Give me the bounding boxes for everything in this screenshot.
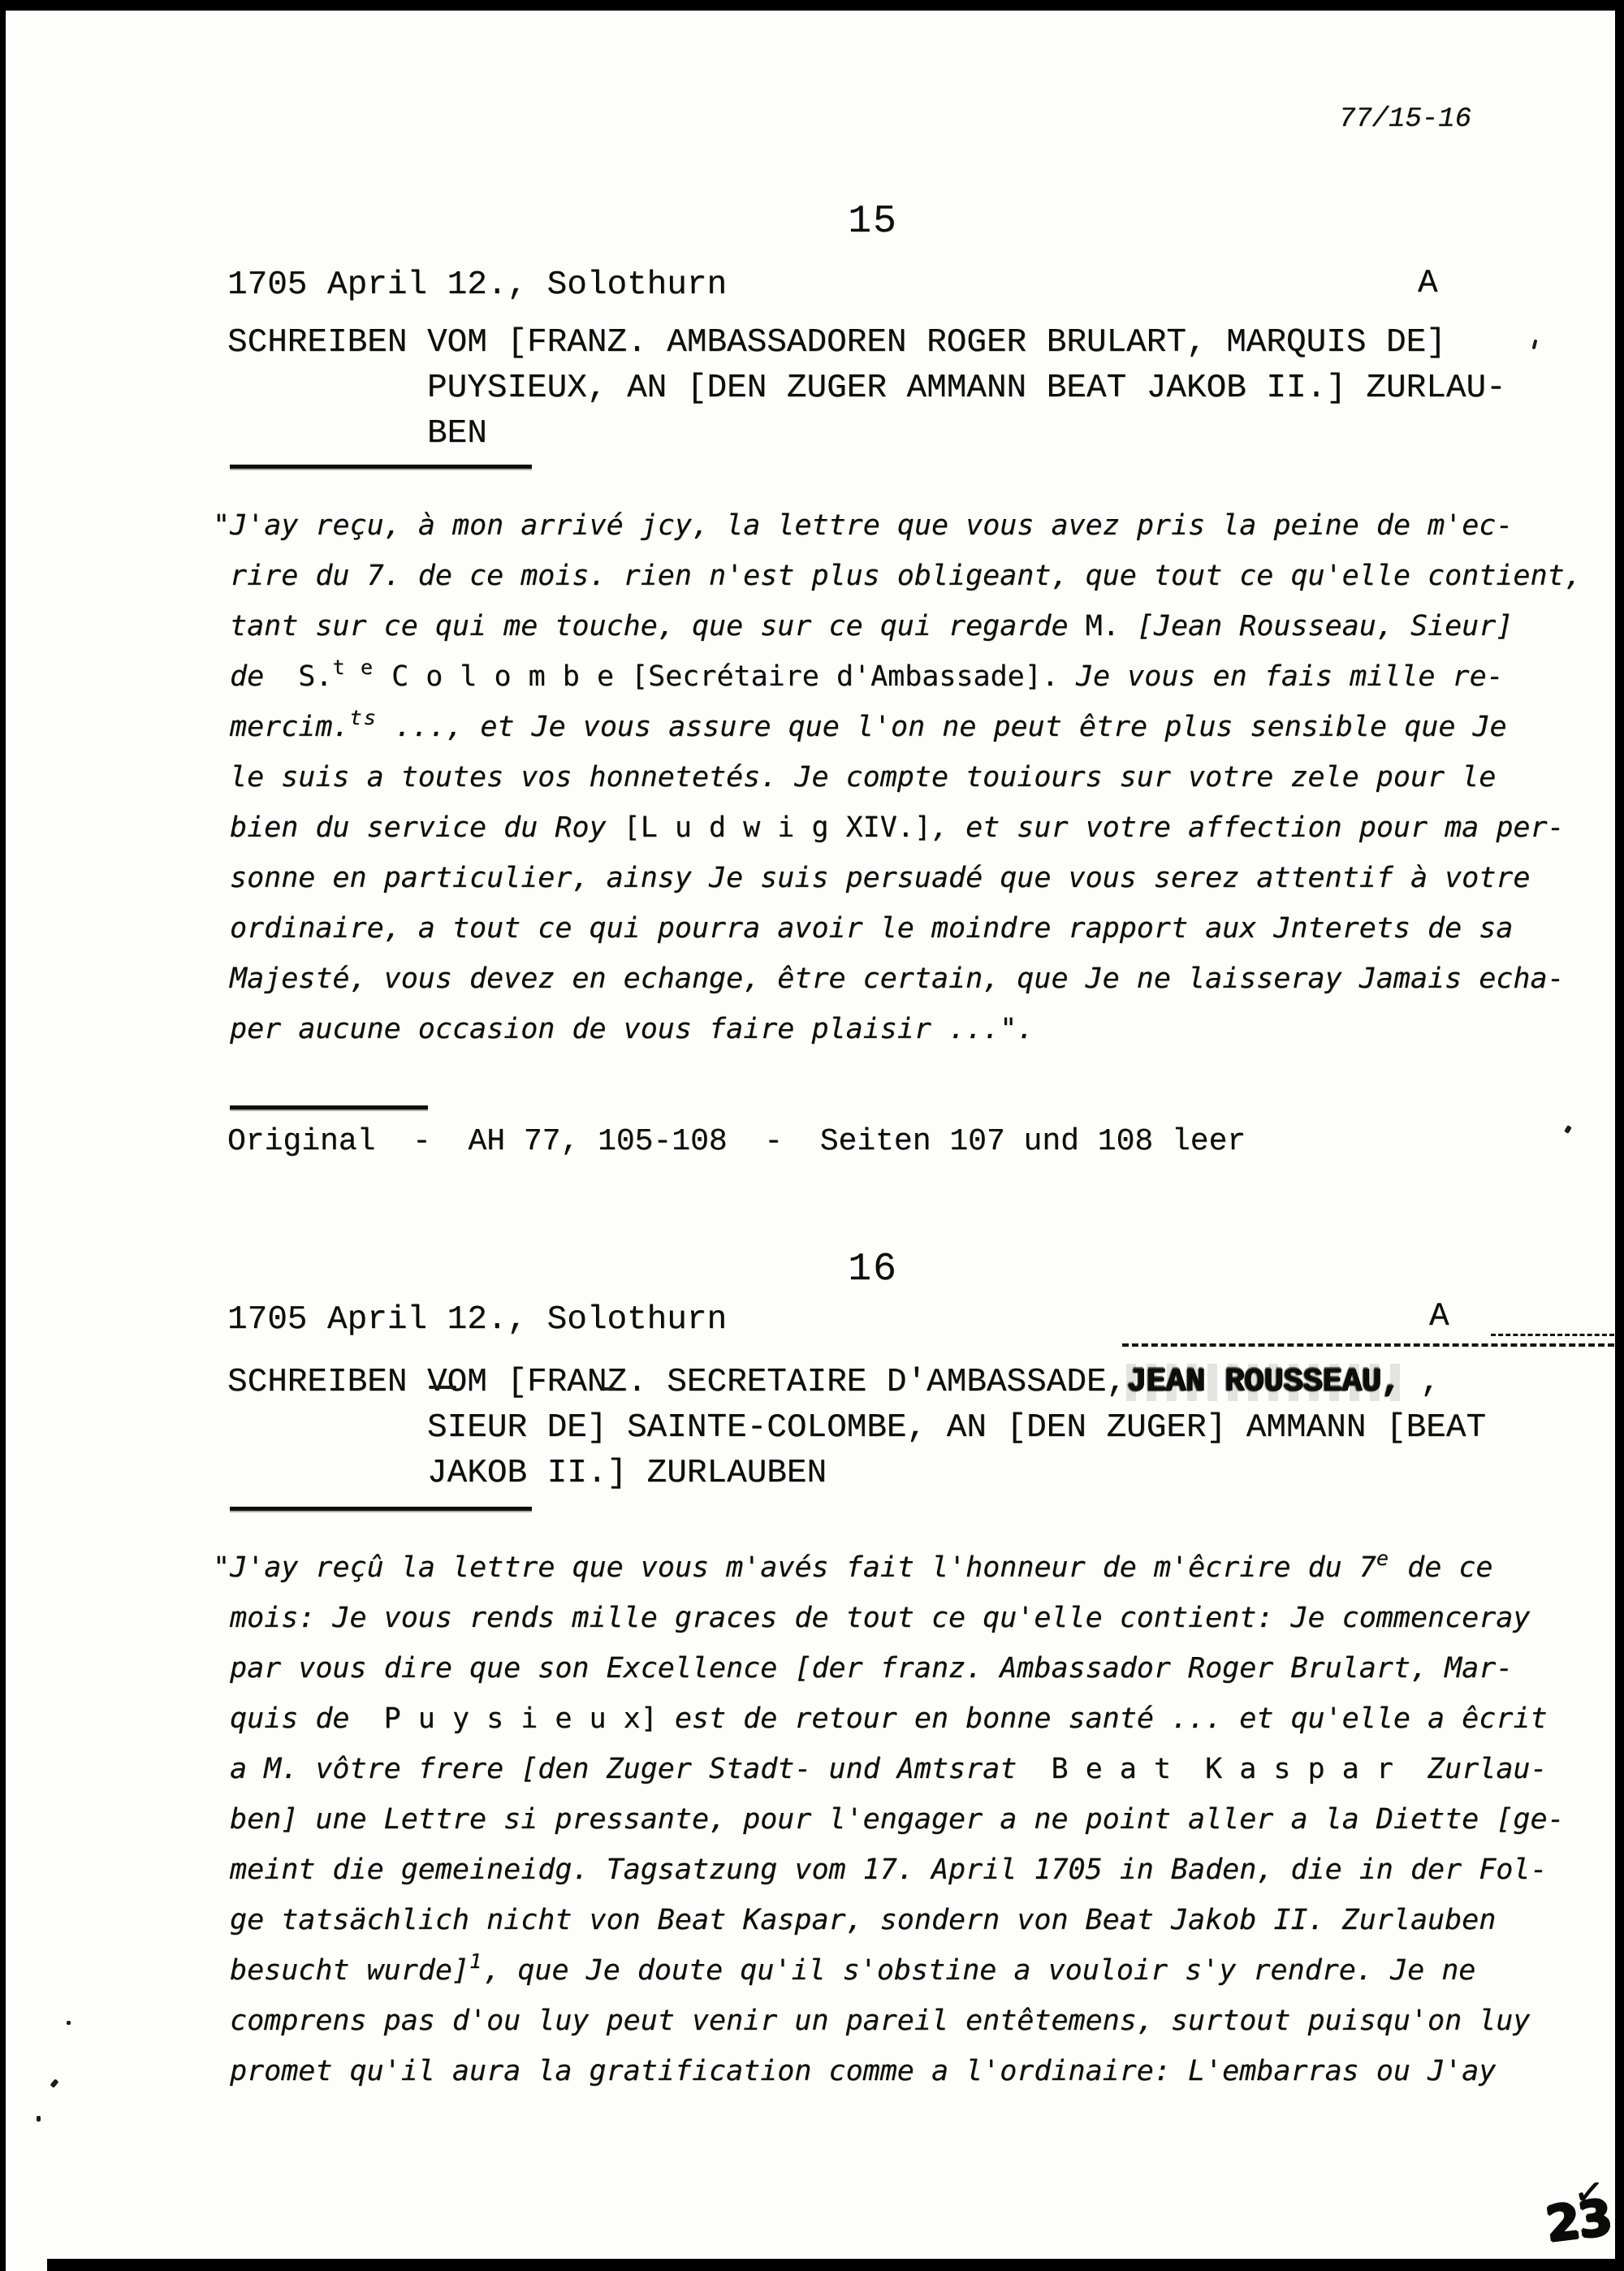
text-line: JAKOB II.] ZURLAUBEN: [227, 1451, 1486, 1496]
ink-speck: [50, 2079, 58, 2088]
entry-16-number: 16: [820, 1248, 926, 1291]
divider-rule: [230, 1507, 532, 1511]
text-line: quis de P u y s i e u x] est de retour e…: [230, 1694, 1565, 1744]
entry-15-siglum: A: [1418, 265, 1438, 302]
strike-dash-line: [1491, 1334, 1614, 1336]
text-line: le suis a toutes vos honnetetés. Je comp…: [230, 752, 1582, 802]
ink-speck: [1532, 340, 1538, 350]
ink-speck: [429, 1386, 456, 1389]
ink-speck: [603, 1387, 615, 1391]
text-line: ordinaire, a tout ce qui pourra avoir le…: [230, 903, 1582, 954]
text-line: mois: Je vous rends mille graces de tout…: [230, 1593, 1565, 1643]
text-line: "J'ay reçu, à mon arrivé jcy, la lettre …: [213, 500, 1582, 551]
text-line: ge tatsächlich nicht von Beat Kaspar, so…: [230, 1895, 1565, 1945]
ink-speck: [37, 2116, 41, 2122]
entry-15-source-note: Original - AH 77, 105-108 - Seiten 107 u…: [227, 1124, 1246, 1159]
text-line: besucht wurde]1, que Je doute qu'il s'ob…: [230, 1945, 1565, 1996]
scan-border-top: [0, 0, 1624, 11]
text-line: tant sur ce qui me touche, que sur ce qu…: [230, 601, 1582, 651]
scanned-document-page: 77/15-16 15 1705 April 12., Solothurn A …: [0, 0, 1624, 2271]
text-line: per aucune occasion de vous faire plaisi…: [230, 1004, 1582, 1054]
entry-16-siglum: A: [1429, 1298, 1449, 1335]
text-line: BEN: [227, 411, 1506, 456]
text-line: a M. vôtre frere [den Zuger Stadt- und A…: [230, 1744, 1565, 1794]
text-line: bien du service du Roy [L u d w i g XIV.…: [230, 802, 1582, 853]
text-line: PUYSIEUX, AN [DEN ZUGER AMMANN BEAT JAKO…: [227, 366, 1506, 411]
text-line: SIEUR DE] SAINTE-COLOMBE, AN [DEN ZUGER]…: [227, 1405, 1486, 1451]
text-line: de S.t e C o l o m b e [Secrétaire d'Amb…: [230, 651, 1582, 702]
entry-15-dateline: 1705 April 12., Solothurn: [227, 266, 727, 304]
text-line: SCHREIBEN VOM [FRANZ. AMBASSADOREN ROGER…: [227, 320, 1506, 366]
text-line: "J'ay reçû la lettre que vous m'avés fai…: [213, 1542, 1565, 1593]
entry-15-quotation: "J'ay reçu, à mon arrivé jcy, la lettre …: [230, 500, 1582, 1054]
divider-rule: [230, 465, 532, 469]
strike-dash-line: [1122, 1343, 1614, 1347]
handwritten-page-number: 23: [1543, 2189, 1613, 2253]
scan-border-right: [1615, 0, 1624, 2271]
ink-speck: [67, 2021, 71, 2025]
scan-border-bottom: [47, 2259, 1624, 2271]
text-line: par vous dire que son Excellence [der fr…: [230, 1643, 1565, 1694]
scan-border-left: [0, 0, 6, 2271]
text-line: promet qu'il aura la gratification comme…: [230, 2046, 1565, 2096]
divider-rule: [230, 1105, 428, 1110]
entry-15-number: 15: [820, 200, 926, 244]
text-line: ben] une Lettre si pressante, pour l'eng…: [230, 1794, 1565, 1845]
archive-reference: 77/15-16: [1332, 104, 1471, 135]
entry-15-title: SCHREIBEN VOM [FRANZ. AMBASSADOREN ROGER…: [227, 320, 1506, 456]
text-line: SCHREIBEN VOM [FRANZ. SECRETAIRE D'AMBAS…: [227, 1360, 1486, 1405]
text-line: sonne en particulier, ainsy Je suis pers…: [230, 853, 1582, 903]
text-line: comprens pas d'ou luy peut venir un pare…: [230, 1996, 1565, 2046]
text-line: meint die gemeineidg. Tagsatzung vom 17.…: [230, 1845, 1565, 1895]
ink-speck: [1564, 1125, 1572, 1134]
entry-16-quotation: "J'ay reçû la lettre que vous m'avés fai…: [230, 1542, 1565, 2096]
entry-16-dateline: 1705 April 12., Solothurn: [227, 1301, 727, 1339]
text-line: mercim.ts ..., et Je vous assure que l'o…: [230, 702, 1582, 752]
text-line: rire du 7. de ce mois. rien n'est plus o…: [230, 551, 1582, 601]
text-line: Majesté, vous devez en echange, être cer…: [230, 954, 1582, 1004]
entry-16-title: SCHREIBEN VOM [FRANZ. SECRETAIRE D'AMBAS…: [227, 1360, 1486, 1496]
